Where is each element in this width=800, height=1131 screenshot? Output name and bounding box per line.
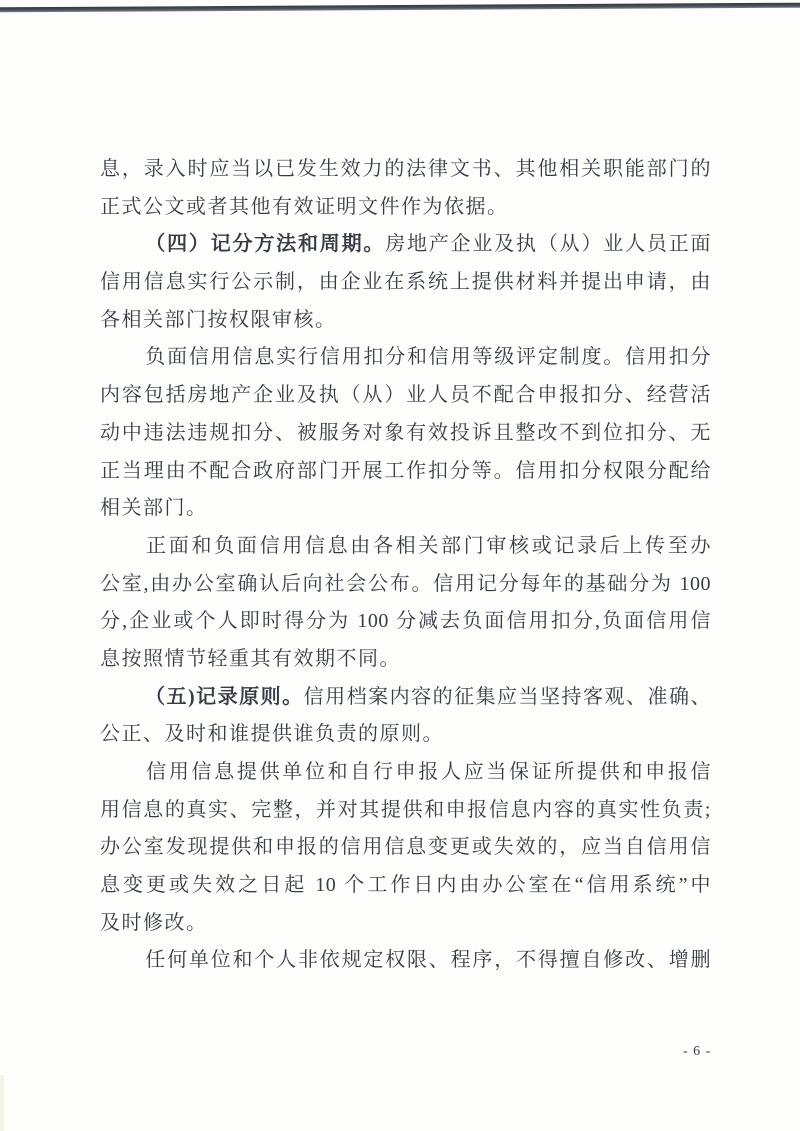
scan-artifact-line [0, 3, 800, 13]
section-heading-text: （四）记分方法和周期。 [144, 233, 385, 255]
text-line: 正当理由不配合政府部门开展工作扣分等。信用扣分权限分配给 [100, 453, 711, 491]
body-text: 负面信用信息实行信用扣分和信用等级评定制度。信用扣分 [144, 346, 711, 368]
text-line: 办公室发现提供和申报的信用信息变更或失效的，应当自信用信 [100, 829, 711, 867]
body-text: 各相关部门按权限审核。 [100, 309, 337, 331]
text-line: 任何单位和个人非依规定权限、程序，不得擅自修改、增删 [100, 942, 711, 980]
body-text: 公正、及时和谁提供谁负责的原则。 [100, 723, 444, 745]
body-text: 及时修改。 [100, 912, 208, 934]
scan-artifact-strip [0, 1075, 4, 1131]
text-line: 分,企业或个人即时得分为 100 分减去负面信用扣分,负面信用信 [100, 603, 711, 641]
text-line: （四）记分方法和周期。房地产企业及执（从）业人员正面 [100, 226, 711, 264]
text-line: 各相关部门按权限审核。 [100, 302, 711, 340]
body-text: 信用档案内容的征集应当坚持客观、准确、 [304, 686, 711, 708]
body-text: 公室,由办公室确认后向社会公布。信用记分每年的基础分为 100 [100, 573, 711, 595]
text-line: 正面和负面信用信息由各相关部门审核或记录后上传至办 [100, 528, 711, 566]
body-text: 内容包括房地产企业及执（从）业人员不配合申报扣分、经营活 [100, 384, 711, 406]
text-line: 内容包括房地产企业及执（从）业人员不配合申报扣分、经营活 [100, 377, 711, 415]
body-text: 动中违法违规扣分、被服务对象有效投诉且整改不到位扣分、无 [100, 422, 711, 444]
text-line: 正式公文或者其他有效证明文件作为依据。 [100, 189, 711, 227]
text-line: 公室,由办公室确认后向社会公布。信用记分每年的基础分为 100 [100, 566, 711, 604]
page-number: - 6 - [683, 1044, 711, 1060]
body-text: 相关部门。 [100, 497, 208, 519]
body-text: 正当理由不配合政府部门开展工作扣分等。信用扣分权限分配给 [100, 460, 711, 482]
document-body-text: 息，录入时应当以已发生效力的法律文书、其他相关职能部门的正式公文或者其他有效证明… [100, 151, 711, 980]
body-text: 息，录入时应当以已发生效力的法律文书、其他相关职能部门的 [100, 158, 711, 180]
body-text: 用信息的真实、完整，并对其提供和申报信息内容的真实性负责; [100, 799, 711, 821]
body-text: 办公室发现提供和申报的信用信息变更或失效的，应当自信用信 [100, 836, 711, 858]
body-text: 房地产企业及执（从）业人员正面 [385, 233, 711, 255]
body-text: 任何单位和个人非依规定权限、程序，不得擅自修改、增删 [144, 949, 711, 971]
text-line: 及时修改。 [100, 905, 711, 943]
body-text: 正式公文或者其他有效证明文件作为依据。 [100, 196, 509, 218]
body-text: 分,企业或个人即时得分为 100 分减去负面信用扣分,负面信用信 [100, 610, 711, 632]
body-text: 息变更或失效之日起 10 个工作日内由办公室在“信用系统”中 [100, 874, 711, 896]
text-line: 息变更或失效之日起 10 个工作日内由办公室在“信用系统”中 [100, 867, 711, 905]
text-line: 息按照情节轻重其有效期不同。 [100, 641, 711, 679]
text-line: 用信息的真实、完整，并对其提供和申报信息内容的真实性负责; [100, 792, 711, 830]
text-line: 相关部门。 [100, 490, 711, 528]
text-line: 信用信息提供单位和自行申报人应当保证所提供和申报信 [100, 754, 711, 792]
text-line: 公正、及时和谁提供谁负责的原则。 [100, 716, 711, 754]
text-line: 负面信用信息实行信用扣分和信用等级评定制度。信用扣分 [100, 339, 711, 377]
text-line: 信用信息实行公示制，由企业在系统上提供材料并提出申请，由 [100, 264, 711, 302]
body-text: 息按照情节轻重其有效期不同。 [100, 648, 401, 670]
text-line: （五)记录原则。信用档案内容的征集应当坚持客观、准确、 [100, 679, 711, 717]
text-line: 息，录入时应当以已发生效力的法律文书、其他相关职能部门的 [100, 151, 711, 189]
body-text: 信用信息实行公示制，由企业在系统上提供材料并提出申请，由 [100, 271, 711, 293]
text-line: 动中违法违规扣分、被服务对象有效投诉且整改不到位扣分、无 [100, 415, 711, 453]
body-text: 信用信息提供单位和自行申报人应当保证所提供和申报信 [144, 761, 711, 783]
section-heading-text: （五)记录原则。 [144, 686, 304, 708]
body-text: 正面和负面信用信息由各相关部门审核或记录后上传至办 [144, 535, 711, 557]
